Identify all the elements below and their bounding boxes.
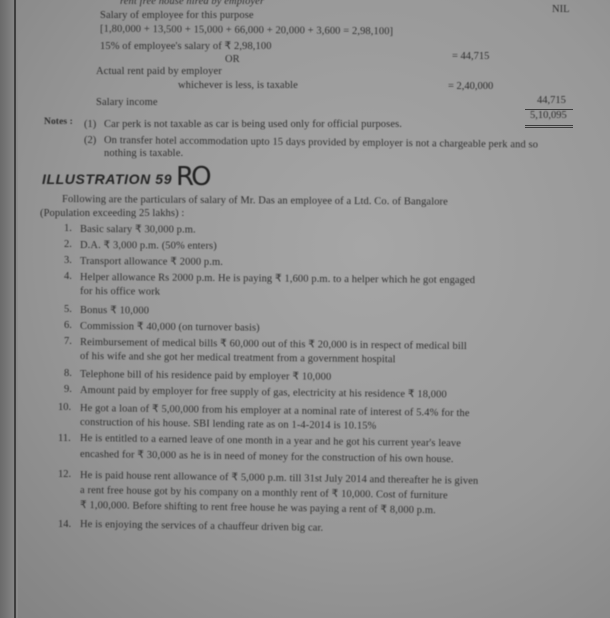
total-rule	[525, 125, 573, 126]
list-item: Commission ₹ 40,000 (on turnover basis)	[80, 320, 260, 334]
list-item-cont: ₹ 1,00,000. Before shifting to rent free…	[80, 499, 436, 516]
list-item: Telephone bill of his residence paid by …	[80, 368, 331, 383]
item-number: 4.	[64, 271, 72, 282]
list-item: He is entitled to a earned leave of one …	[80, 433, 461, 449]
value-actual-rent: = 2,40,000	[448, 81, 493, 92]
intro-text: Following are the particulars of salary …	[62, 194, 448, 208]
or-label: OR	[225, 54, 240, 65]
text-line: whichever is less, is taxable	[178, 80, 298, 91]
list-item: Helper allowance Rs 2000 p.m. He is payi…	[80, 271, 475, 286]
list-item: Basic salary ₹ 30,000 p.m.	[80, 223, 196, 236]
value-15pct: = 44,715	[452, 51, 489, 62]
list-item: Reimbursement of medical bills ₹ 60,000 …	[80, 336, 467, 352]
list-item-cont: of his wife and she got her medical trea…	[80, 351, 396, 365]
item-number: 7.	[64, 336, 72, 347]
note-number: (2)	[84, 135, 96, 146]
text-line: 15% of employee's salary of ₹ 2,98,100	[100, 40, 272, 52]
item-number: 12.	[58, 469, 71, 480]
nil-value: NIL	[552, 4, 570, 15]
salary-income-total: 5,10,095	[530, 110, 567, 121]
document-page: rent free house hired by employer NIL Sa…	[0, 0, 610, 618]
text-line: rent free house hired by employer	[120, 0, 264, 7]
item-number: 5.	[64, 304, 72, 315]
note-text: Car perk is not taxable as car is being …	[104, 119, 402, 130]
text-line: [1,80,000 + 13,500 + 15,000 + 66,000 + 2…	[100, 24, 393, 38]
list-item-cont: for his office work	[80, 286, 160, 298]
salary-income-label: Salary income	[96, 97, 158, 108]
list-item: Bonus ₹ 10,000	[80, 304, 149, 317]
note-text-cont: nothing is taxable.	[104, 148, 183, 159]
margin-line	[14, 0, 16, 618]
intro-text: (Population exceeding 25 lakhs) :	[40, 208, 184, 219]
list-item: He is enjoying the services of a chauffe…	[80, 519, 323, 534]
note-number: (1)	[84, 119, 96, 130]
item-number: 2.	[64, 239, 72, 250]
handwritten-mark: RO	[176, 162, 209, 192]
list-item: Amount paid by employer for free supply …	[80, 384, 447, 400]
list-item: He got a loan of ₹ 5,00,000 from his emp…	[80, 402, 470, 419]
notes-label: Notes :	[44, 117, 73, 127]
text-line: Actual rent paid by employer	[96, 66, 222, 77]
total-double-rule	[525, 127, 573, 128]
item-number: 1.	[64, 223, 72, 234]
item-number: 11.	[58, 433, 71, 444]
item-number: 9.	[64, 384, 72, 395]
list-item-cont: construction of his house. SBI lending r…	[80, 417, 377, 432]
item-number: 3.	[64, 255, 72, 266]
illustration-title: ILLUSTRATION 59	[42, 171, 172, 187]
item-number: 10.	[58, 402, 71, 413]
list-item: D.A. ₹ 3,000 p.m. (50% enters)	[80, 239, 217, 252]
list-item-cont: encashed for ₹ 30,000 as he is in need o…	[80, 448, 454, 465]
item-number: 6.	[64, 320, 72, 331]
list-item: Transport allowance ₹ 2000 p.m.	[80, 255, 223, 268]
salary-income-add: 44,715	[537, 95, 566, 106]
text-line: Salary of employee for this purpose	[100, 10, 254, 21]
item-number: 8.	[64, 368, 72, 379]
item-number: 14.	[58, 519, 71, 530]
